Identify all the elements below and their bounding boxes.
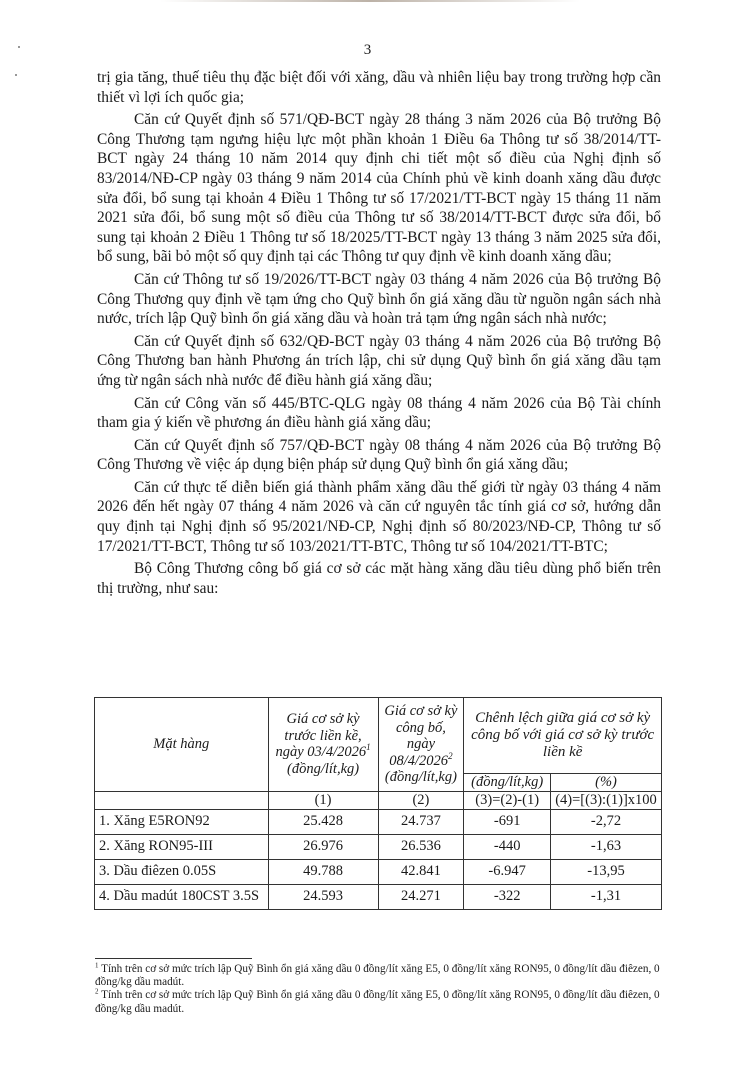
table-row: 4. Dầu madút 180CST 3.5S 24.593 24.271 -… bbox=[95, 884, 662, 909]
paragraph: Căn cứ Quyết định số 632/QĐ-BCT ngày 03 … bbox=[97, 332, 661, 391]
paragraph: Căn cứ Thông tư số 19/2026/TT-BCT ngày 0… bbox=[97, 270, 661, 329]
base-price-table: Mặt hàng Giá cơ sở kỳ trước liền kề, ngà… bbox=[94, 697, 662, 910]
table-row: 3. Dầu điêzen 0.05S 49.788 42.841 -6.947… bbox=[95, 859, 662, 884]
formula-row: (1) (2) (3)=(2)-(1) (4)=[(3):(1)]x100 bbox=[95, 791, 662, 809]
header-difference-group: Chênh lệch giữa giá cơ sở kỳ công bố với… bbox=[464, 698, 662, 774]
header-current-price: Giá cơ sở kỳ công bố, ngày 08/4/20262 (đ… bbox=[378, 698, 464, 792]
footnote-divider bbox=[95, 958, 252, 959]
paragraph: Căn cứ Quyết định số 757/QĐ-BCT ngày 08 … bbox=[97, 436, 661, 475]
page-number: 3 bbox=[0, 42, 735, 59]
paragraph: Căn cứ Quyết định số 571/QĐ-BCT ngày 28 … bbox=[97, 110, 661, 267]
paragraph: Bộ Công Thương công bố giá cơ sở các mặt… bbox=[97, 559, 661, 598]
header-diff-abs-unit: (đồng/lít,kg) bbox=[464, 774, 551, 792]
scan-edge-artifact bbox=[160, 0, 580, 2]
footnotes: 1 Tính trên cơ sở mức trích lập Quỹ Bình… bbox=[95, 963, 665, 1016]
paragraph: Căn cứ thực tế diễn biến giá thành phẩm … bbox=[97, 478, 661, 556]
header-prev-price: Giá cơ sở kỳ trước liền kề, ngày 03/4/20… bbox=[268, 698, 378, 792]
table-row: 1. Xăng E5RON92 25.428 24.737 -691 -2,72 bbox=[95, 809, 662, 834]
paragraph: trị gia tăng, thuế tiêu thụ đặc biệt đối… bbox=[97, 68, 661, 107]
header-diff-pct-unit: (%) bbox=[551, 774, 662, 792]
table-row: 2. Xăng RON95-III 26.976 26.536 -440 -1,… bbox=[95, 834, 662, 859]
scan-speck bbox=[15, 74, 17, 76]
footnote: 2 Tính trên cơ sở mức trích lập Quỹ Bình… bbox=[95, 989, 665, 1015]
footnote: 1 Tính trên cơ sở mức trích lập Quỹ Bình… bbox=[95, 963, 665, 989]
document-body: trị gia tăng, thuế tiêu thụ đặc biệt đối… bbox=[97, 68, 661, 598]
header-item: Mặt hàng bbox=[95, 698, 269, 792]
paragraph: Căn cứ Công văn số 445/BTC-QLG ngày 08 t… bbox=[97, 394, 661, 433]
